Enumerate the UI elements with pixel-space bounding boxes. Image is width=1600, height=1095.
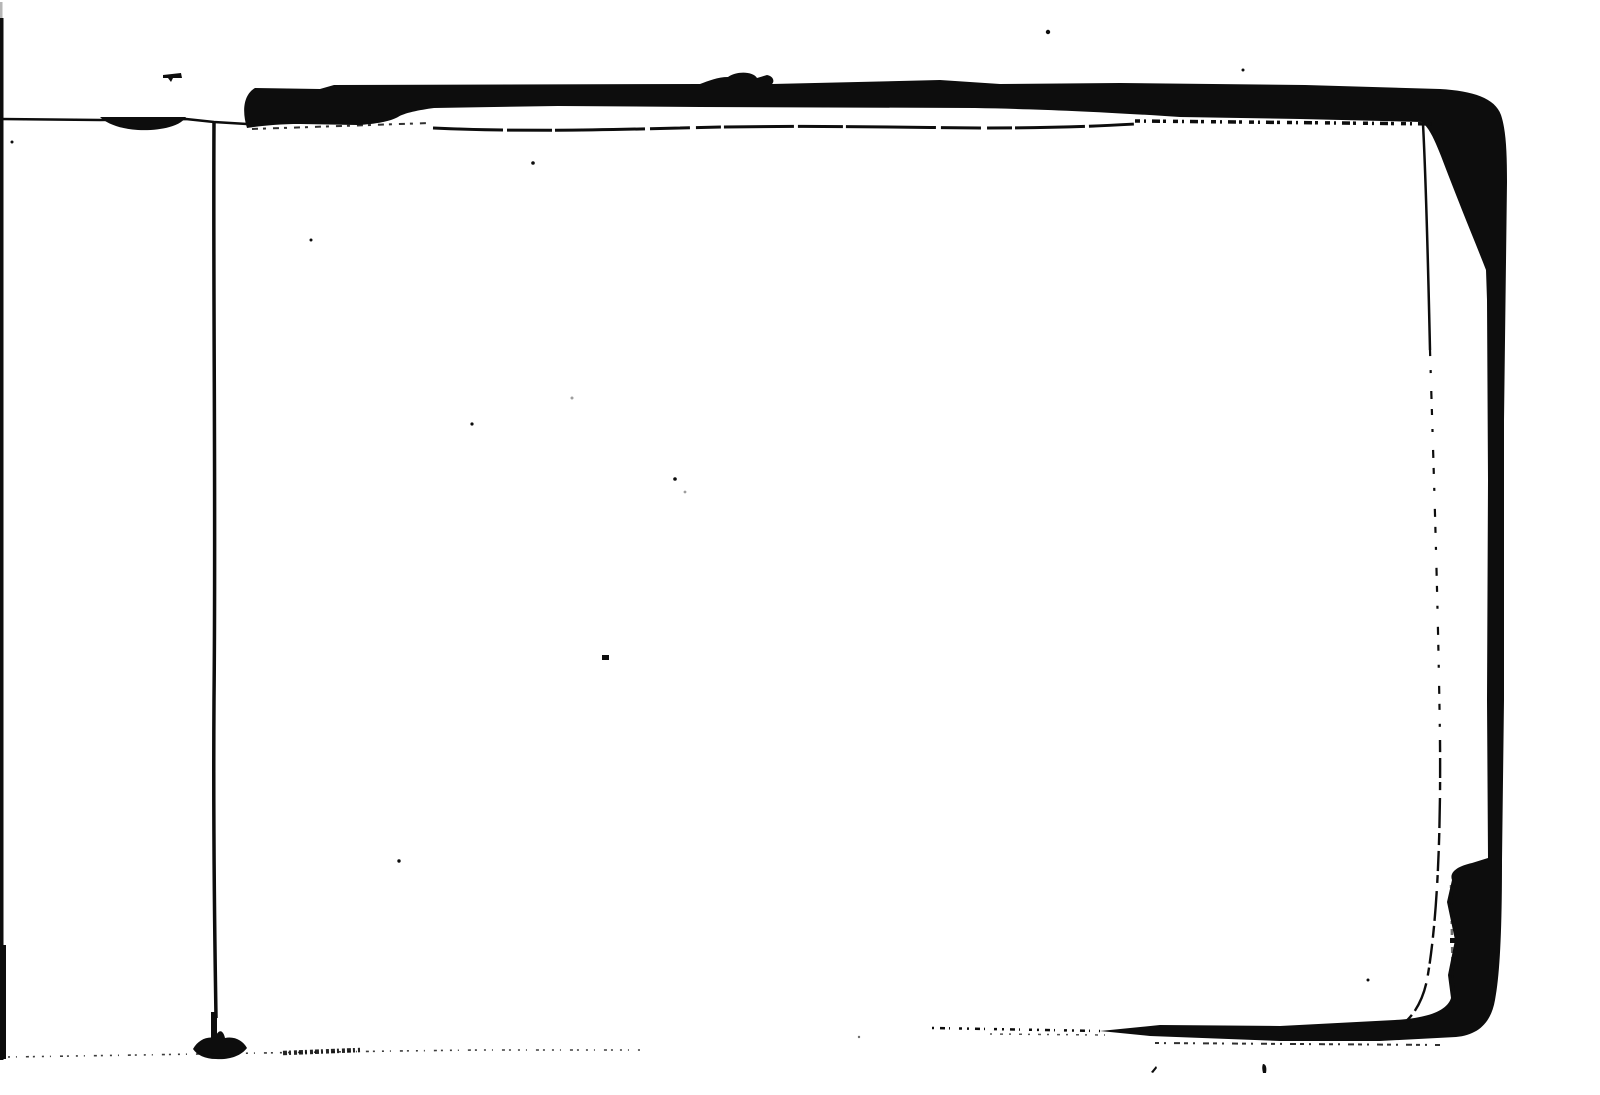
left-page-bottom-edge-speckles bbox=[8, 1050, 640, 1057]
speck-smudge bbox=[1450, 938, 1456, 943]
gutter-fold-line bbox=[214, 122, 216, 1018]
dust-specks bbox=[11, 30, 1457, 1073]
page-right-edge-line-bottom bbox=[1404, 740, 1440, 1023]
speck bbox=[673, 477, 677, 481]
speck-comma bbox=[1151, 1066, 1157, 1073]
speck bbox=[310, 239, 313, 242]
speck-smudge bbox=[602, 655, 609, 660]
left-page-edge-line-thick-bottom bbox=[0, 945, 6, 1059]
bottom-band-fading-tail bbox=[932, 1028, 1100, 1031]
ink-blot bbox=[193, 1031, 247, 1059]
page-top-hairline bbox=[433, 124, 1135, 130]
left-page-bottom-edge-dense-speckles bbox=[283, 1050, 360, 1053]
top-band-lower-fringe bbox=[1135, 121, 1438, 124]
speck bbox=[1367, 979, 1370, 982]
scan-artifacts-canvas bbox=[0, 0, 1600, 1095]
speck-faint bbox=[684, 491, 687, 494]
page-right-edge-line-top bbox=[1423, 124, 1430, 350]
left-page-artifacts bbox=[0, 2, 640, 1060]
speck bbox=[470, 422, 473, 425]
bottom-band-fading-tail-2 bbox=[990, 1034, 1105, 1035]
scan-border-ring bbox=[244, 73, 1507, 1041]
left-page-edge-line-faint-top bbox=[0, 2, 3, 20]
right-page-scan-border bbox=[244, 73, 1507, 1045]
speck-tick bbox=[1262, 1064, 1266, 1073]
page-right-edge-line-middle bbox=[1430, 350, 1440, 740]
speck-tick-mark bbox=[163, 73, 182, 82]
scanned-page bbox=[0, 0, 1600, 1095]
speck-faint bbox=[858, 1036, 860, 1038]
left-page-edge-line bbox=[0, 18, 4, 1060]
speck bbox=[1046, 30, 1050, 34]
speck bbox=[397, 859, 400, 862]
speck bbox=[531, 161, 535, 165]
speck-faint bbox=[571, 397, 574, 400]
speck bbox=[11, 141, 14, 144]
bottom-band-lower-fringe bbox=[1155, 1043, 1440, 1045]
left-page-top-edge-thick-blob bbox=[100, 117, 186, 130]
speck bbox=[1242, 69, 1245, 72]
